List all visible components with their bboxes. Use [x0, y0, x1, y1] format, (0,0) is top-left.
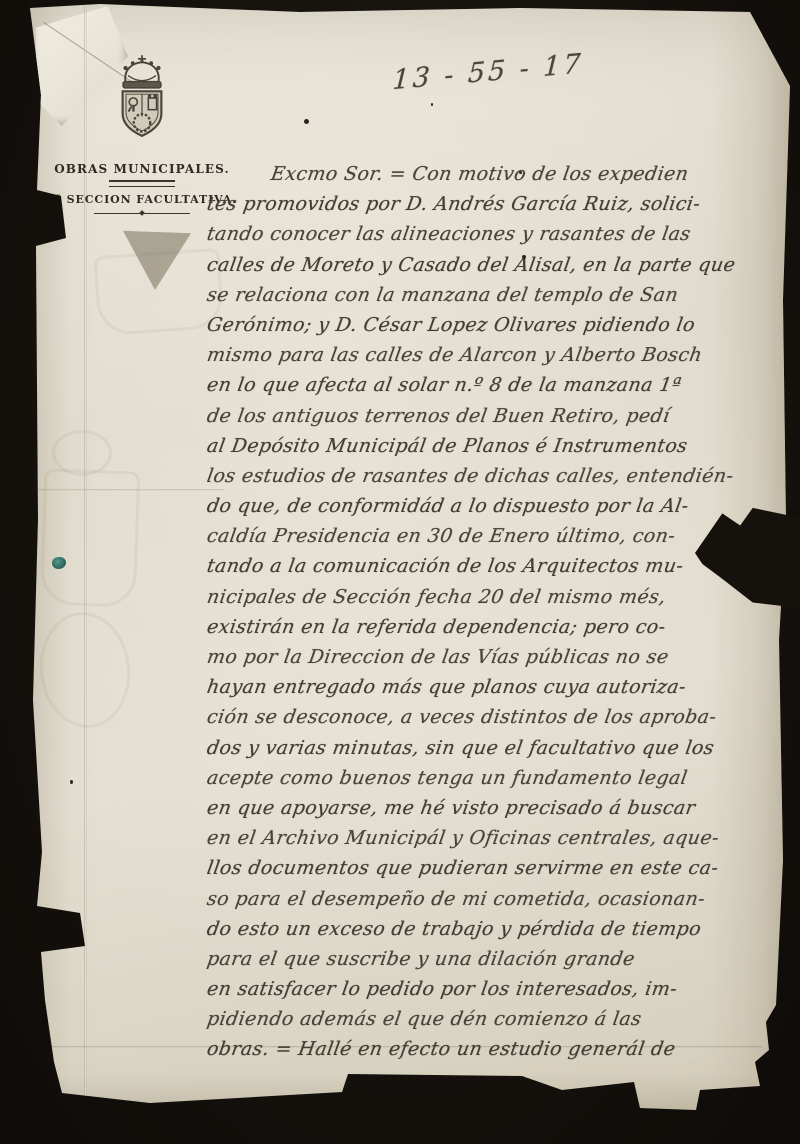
manuscript-line: calles de Moreto y Casado del Alisal, en… — [204, 254, 784, 284]
manuscript-line: do que, de conformidád a lo dispuesto po… — [204, 495, 784, 525]
manuscript-line: existirán en la referida dependencia; pe… — [204, 616, 784, 646]
manuscript-line: llos documentos que pudieran servirme en… — [204, 857, 784, 887]
manuscript-line: los estudios de rasantes de dichas calle… — [204, 465, 784, 495]
manuscript-line: mo por la Direccion de las Vías públicas… — [204, 646, 784, 676]
manuscript-line: tes promovidos por D. Andrés García Ruiz… — [204, 193, 784, 223]
manuscript-line: acepte como buenos tenga un fundamento l… — [204, 767, 784, 797]
ink-speck — [522, 255, 526, 259]
manuscript-line: tando conocer las alineaciones y rasante… — [204, 223, 784, 253]
manuscript-line: nicipales de Sección fecha 20 del mismo … — [204, 586, 784, 616]
letterhead-rule-single — [94, 213, 190, 214]
manuscript-line: mismo para las calles de Alarcon y Alber… — [204, 344, 784, 374]
manuscript-line: pidiendo además el que dén comienzo á la… — [204, 1008, 784, 1038]
manuscript-line: Gerónimo; y D. César Lopez Olivares pidi… — [204, 314, 784, 344]
manuscript-line: en satisfacer lo pedido por los interesa… — [204, 978, 784, 1008]
manuscript-line: en que apoyarse, me hé visto precisado á… — [204, 797, 784, 827]
manuscript-line: Excmo Sor. = Con motivo de los expedien — [204, 163, 784, 193]
show-through-ghost — [52, 430, 112, 476]
crease-horizontal-upper — [34, 489, 224, 491]
manuscript-line: en lo que afecta al solar n.º 8 de la ma… — [204, 374, 784, 404]
ink-speck — [431, 103, 433, 106]
manuscript-line: tando a la comunicación de los Arquitect… — [204, 555, 784, 585]
paper-fleck-in-tear — [60, 921, 67, 927]
manuscript-line: en el Archivo Municipál y Oficinas centr… — [204, 827, 784, 857]
ink-speck — [519, 171, 522, 174]
document-page: OBRAS MUNICIPALES. 4ª SECCION FACULTATIV… — [0, 0, 800, 1144]
coat-of-arms-stamp-icon — [111, 52, 173, 148]
manuscript-line: de los antiguos terrenos del Buen Retiro… — [204, 405, 784, 435]
ink-speck — [304, 119, 309, 124]
manuscript-line: ción se desconoce, a veces distintos de … — [204, 706, 784, 736]
scan-background: OBRAS MUNICIPALES. 4ª SECCION FACULTATIV… — [0, 0, 800, 1144]
manuscript-line: so para el desempeño de mi cometida, oca… — [204, 888, 784, 918]
letterhead-rule-double — [109, 180, 175, 187]
manuscript-line: hayan entregado más que planos cuya auto… — [204, 676, 784, 706]
archival-reference-number: 13 - 55 - 17 — [392, 39, 692, 96]
ink-speck — [70, 780, 73, 784]
manuscript-line: dos y varias minutas, sin que el faculta… — [204, 737, 784, 767]
teal-ink-blot — [52, 557, 66, 569]
manuscript-line: obras. = Hallé en efecto un estudio gene… — [204, 1038, 784, 1068]
manuscript-line: al Depósito Municipál de Planos é Instru… — [204, 435, 784, 465]
manuscript-line: se relaciona con la manzana del templo d… — [204, 284, 784, 314]
manuscript-line: do esto un exceso de trabajo y pérdida d… — [204, 918, 784, 948]
show-through-ghost — [121, 231, 191, 291]
manuscript-line: para el que suscribe y una dilación gran… — [204, 948, 784, 978]
manuscript-text: Excmo Sor. = Con motivo de los expedient… — [204, 163, 779, 1069]
